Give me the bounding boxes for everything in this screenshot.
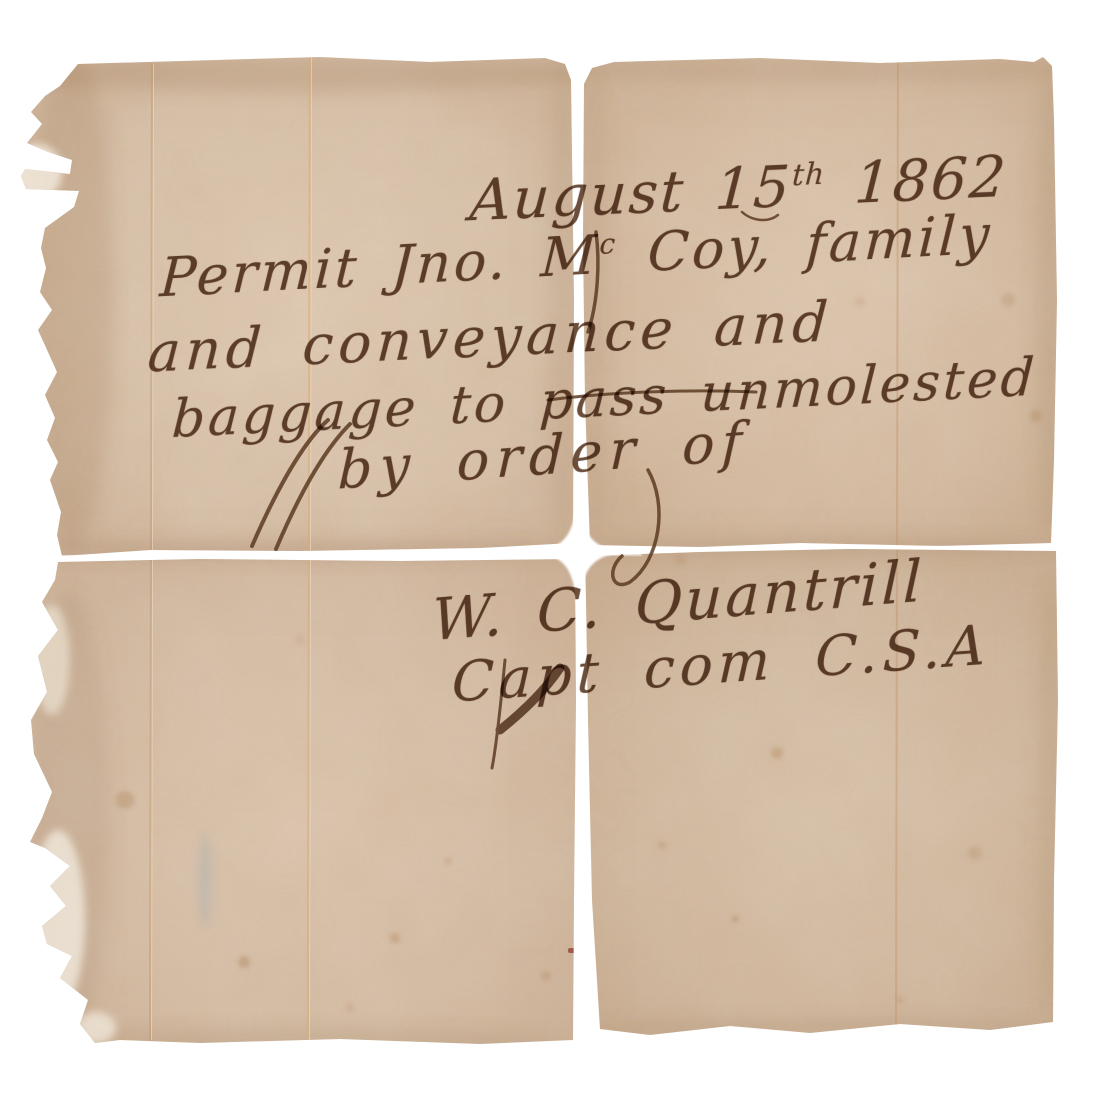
manuscript-scan: August 15th 1862 Permit Jno. Mc Coy, fam…	[0, 0, 1100, 1100]
aged-paper-artwork	[0, 0, 1100, 1100]
